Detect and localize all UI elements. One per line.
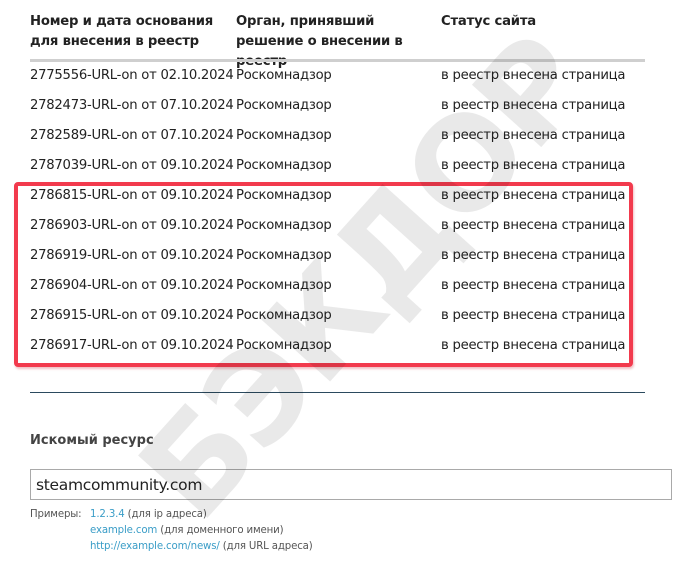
resource-search-input[interactable] bbox=[30, 469, 672, 500]
status-cell: в реестр внесена страница bbox=[441, 96, 625, 116]
status-cell: в реестр внесена страница bbox=[441, 276, 625, 296]
status-cell: в реестр внесена страница bbox=[441, 66, 625, 86]
status-cell: в реестр внесена страница bbox=[441, 156, 625, 176]
example-url-note: (для URL адреса) bbox=[220, 541, 313, 552]
examples-list: 1.2.3.4 (для ip адреса) example.com (для… bbox=[90, 507, 313, 555]
section-divider bbox=[30, 392, 645, 393]
basis-cell: 2786919-URL-on от 09.10.2024 bbox=[30, 246, 234, 266]
table-row-highlighted: 2786919-URL-on от 09.10.2024 Роскомнадзо… bbox=[30, 246, 645, 276]
basis-cell: 2786815-URL-on от 09.10.2024 bbox=[30, 186, 234, 206]
status-cell: в реестр внесена страница bbox=[441, 246, 625, 266]
registry-table-body: 2775556-URL-on от 02.10.2024 Роскомнадзо… bbox=[30, 66, 645, 366]
search-resource-label: Искомый ресурс bbox=[30, 433, 154, 448]
basis-cell: 2786903-URL-on от 09.10.2024 bbox=[30, 216, 234, 236]
example-ip-note: (для ip адреса) bbox=[125, 509, 207, 520]
basis-cell: 2782589-URL-on от 07.10.2024 bbox=[30, 126, 234, 146]
authority-cell: Роскомнадзор bbox=[236, 126, 332, 146]
basis-cell: 2782473-URL-on от 07.10.2024 bbox=[30, 96, 234, 116]
authority-cell: Роскомнадзор bbox=[236, 276, 332, 296]
table-row: 2775556-URL-on от 02.10.2024 Роскомнадзо… bbox=[30, 66, 645, 96]
table-row-highlighted: 2786903-URL-on от 09.10.2024 Роскомнадзо… bbox=[30, 216, 645, 246]
example-ip-link[interactable]: 1.2.3.4 bbox=[90, 509, 125, 520]
authority-cell: Роскомнадзор bbox=[236, 246, 332, 266]
authority-cell: Роскомнадзор bbox=[236, 96, 332, 116]
basis-cell: 2775556-URL-on от 02.10.2024 bbox=[30, 66, 234, 86]
table-row-highlighted: 2786904-URL-on от 09.10.2024 Роскомнадзо… bbox=[30, 276, 645, 306]
status-cell: в реестр внесена страница bbox=[441, 186, 625, 206]
authority-cell: Роскомнадзор bbox=[236, 306, 332, 326]
example-domain-note: (для доменного имени) bbox=[157, 525, 283, 536]
example-url-link[interactable]: http://example.com/news/ bbox=[90, 541, 220, 552]
registry-page: Номер и дата основания для внесения в ре… bbox=[0, 0, 683, 575]
status-cell: в реестр внесена страница bbox=[441, 306, 625, 326]
authority-cell: Роскомнадзор bbox=[236, 66, 332, 86]
table-row-highlighted: 2786915-URL-on от 09.10.2024 Роскомнадзо… bbox=[30, 306, 645, 336]
table-row-highlighted: 2786917-URL-on от 09.10.2024 Роскомнадзо… bbox=[30, 336, 645, 366]
basis-cell: 2786904-URL-on от 09.10.2024 bbox=[30, 276, 234, 296]
status-cell: в реестр внесена страница bbox=[441, 216, 625, 236]
column-header-status: Статус сайта bbox=[441, 12, 641, 32]
status-cell: в реестр внесена страница bbox=[441, 336, 625, 356]
column-header-authority: Орган, принявший решение о внесении в ре… bbox=[236, 12, 441, 72]
authority-cell: Роскомнадзор bbox=[236, 156, 332, 176]
example-ip: 1.2.3.4 (для ip адреса) bbox=[90, 507, 313, 523]
authority-cell: Роскомнадзор bbox=[236, 336, 332, 356]
authority-cell: Роскомнадзор bbox=[236, 186, 332, 206]
authority-cell: Роскомнадзор bbox=[236, 216, 332, 236]
examples-label: Примеры: bbox=[30, 507, 81, 523]
table-header: Номер и дата основания для внесения в ре… bbox=[30, 12, 645, 60]
table-row: 2787039-URL-on от 09.10.2024 Роскомнадзо… bbox=[30, 156, 645, 186]
table-row: 2782589-URL-on от 07.10.2024 Роскомнадзо… bbox=[30, 126, 645, 156]
basis-cell: 2786915-URL-on от 09.10.2024 bbox=[30, 306, 234, 326]
table-row-highlighted: 2786815-URL-on от 09.10.2024 Роскомнадзо… bbox=[30, 186, 645, 216]
table-row: 2782473-URL-on от 07.10.2024 Роскомнадзо… bbox=[30, 96, 645, 126]
header-divider bbox=[30, 59, 645, 62]
example-url: http://example.com/news/ (для URL адреса… bbox=[90, 539, 313, 555]
basis-cell: 2786917-URL-on от 09.10.2024 bbox=[30, 336, 234, 356]
basis-cell: 2787039-URL-on от 09.10.2024 bbox=[30, 156, 234, 176]
status-cell: в реестр внесена страница bbox=[441, 126, 625, 146]
column-header-basis: Номер и дата основания для внесения в ре… bbox=[30, 12, 235, 52]
example-domain: example.com (для доменного имени) bbox=[90, 523, 313, 539]
example-domain-link[interactable]: example.com bbox=[90, 525, 157, 536]
